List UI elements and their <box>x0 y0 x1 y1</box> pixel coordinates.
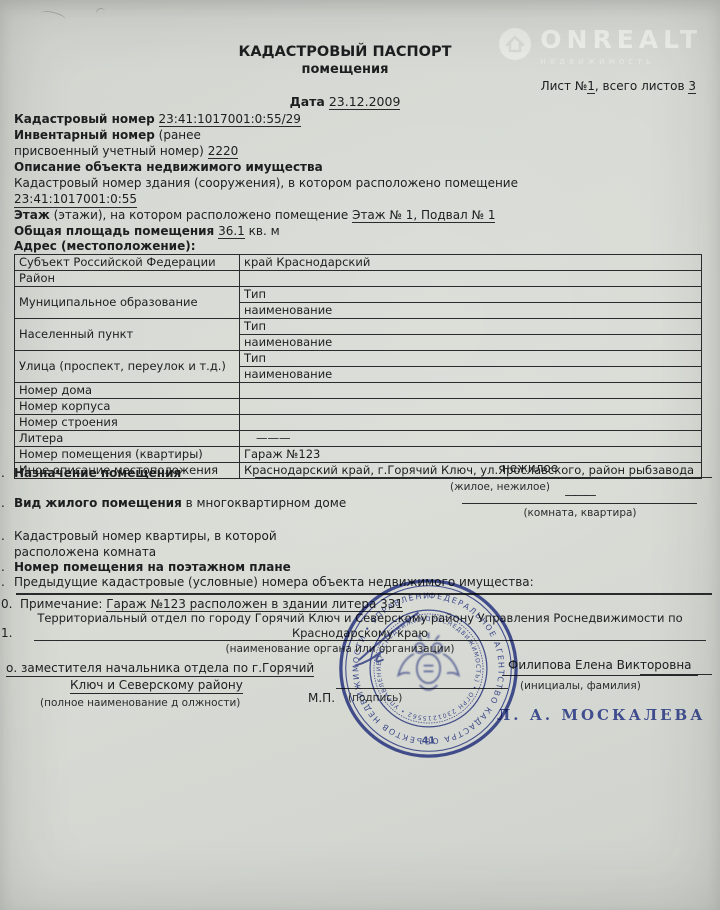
position-line1: о. заместителя начальника отдела по г.Го… <box>6 661 314 677</box>
row-value <box>240 399 702 415</box>
building-cadastral-number: 23:41:1017001:0:55 <box>14 192 137 208</box>
area-unit: кв. м <box>249 224 280 238</box>
item-number: 0. <box>1 597 12 611</box>
floor-label: Этаж <box>14 208 50 222</box>
area-label: Общая площадь помещения <box>14 224 214 238</box>
row-label: Субъект Российской Федерации <box>15 255 240 271</box>
signer-name-underline-ext <box>640 674 712 675</box>
sheet-number: 1 <box>587 79 595 94</box>
name-stamp: Л. А. МОСКАЛЕВА <box>497 706 705 724</box>
item-number: . <box>1 575 5 589</box>
dwelling-type-label-bold: Вид жилого помещения <box>14 496 182 510</box>
address-heading: Адрес (местоположение): <box>14 239 196 254</box>
area-line: Общая площадь помещения 36.1 кв. м <box>14 224 280 239</box>
table-row: Номер корпуса <box>15 399 702 415</box>
document-title: КАДАСТРОВЫЙ ПАСПОРТ <box>0 44 690 60</box>
apartment-line2: расположена комната <box>14 545 156 560</box>
cadastral-number-label: Кадастровый номер <box>14 112 155 126</box>
row-label: Номер корпуса <box>15 399 240 415</box>
row-subvalue-type: Тип <box>240 287 702 303</box>
official-round-stamp: ФЕДЕРАЛЬНОЕ АГЕНТСТВО КАДАСТРА ОБЪЕКТОВ … <box>336 576 521 761</box>
table-row: Улица (проспект, переулок и т.д.) Тип <box>15 351 702 367</box>
item-number: . <box>1 560 5 574</box>
description-heading: Описание объекта недвижимого имущества <box>14 160 323 175</box>
item-number: . <box>1 496 5 510</box>
floor-note: (этажи), на котором расположено помещени… <box>54 208 349 222</box>
row-value: край Краснодарский <box>240 255 702 271</box>
table-row: Субъект Российской Федерации край Красно… <box>15 255 702 271</box>
stamp-outer-ring <box>341 581 516 756</box>
table-row: Номер строения <box>15 415 702 431</box>
inventory-number-line2: присвоенный учетный номер) 2220 <box>14 144 238 159</box>
row-subvalue-type: Тип <box>240 319 702 335</box>
stamp-inner-ring <box>374 614 483 723</box>
row-subvalue-name: наименование <box>240 303 702 319</box>
row-label: Район <box>15 271 240 287</box>
position-line2: Ключ и Северскому району <box>70 678 243 694</box>
stamp-middle-ring <box>370 610 487 727</box>
floor-line: Этаж (этажи), на котором расположено пом… <box>14 208 495 223</box>
row-label: Улица (проспект, переулок и т.д.) <box>15 351 240 383</box>
apartment-line1: Кадастровый номер квартиры, в которой <box>14 529 277 544</box>
address-table: Субъект Российской Федерации край Красно… <box>14 254 702 479</box>
row-subvalue-name: наименование <box>240 335 702 351</box>
item-number: 1. <box>1 626 12 640</box>
row-label: Номер помещения (квартиры) <box>15 447 240 463</box>
row-value: ——— <box>240 431 702 447</box>
pencil-mark <box>39 9 66 24</box>
date-value: 23.12.2009 <box>329 94 401 110</box>
row-label: Литера <box>15 431 240 447</box>
row-subvalue-name: наименование <box>240 367 702 383</box>
scanned-cadastral-passport: ONREALT недвижимость КАДАСТРОВЫЙ ПАСПОРТ… <box>0 0 720 910</box>
table-row: Литера ——— <box>15 431 702 447</box>
inventory-note-1: (ранее <box>159 128 201 142</box>
row-label: Муниципальное образование <box>15 287 240 319</box>
area-value: 36.1 <box>218 224 245 239</box>
purpose-label: Назначение помещения <box>14 466 181 481</box>
note-label: Примечание: <box>20 597 102 611</box>
row-subvalue-type: Тип <box>240 351 702 367</box>
floor-value: Этаж № 1, Подвал № 1 <box>352 208 495 223</box>
sheet-info: Лист №1, всего листов 3 <box>541 79 696 94</box>
stamp-number: 41 <box>422 735 436 746</box>
table-row: Район <box>15 271 702 287</box>
table-row: Населенный пункт Тип <box>15 319 702 335</box>
sheet-middle: , всего листов <box>595 79 688 93</box>
table-row: Номер дома <box>15 383 702 399</box>
eagle-emblem <box>398 632 458 689</box>
mp-label: М.П. <box>308 691 335 706</box>
building-cadastral-line: Кадастровый номер здания (сооружения), в… <box>14 176 518 191</box>
dwelling-type-hint: (комната, квартира) <box>500 507 660 519</box>
sheet-total: 3 <box>688 79 696 94</box>
date-line: Дата 23.12.2009 <box>0 94 690 109</box>
position-hint: (полное наименование д олжности) <box>40 697 240 709</box>
pencil-mark <box>94 7 107 21</box>
cadastral-number-value: 23:41:1017001:0:55/29 <box>159 112 301 127</box>
dwelling-type-value: ——— <box>462 488 697 503</box>
item-number: . <box>1 529 5 543</box>
inventory-number-line: Инвентарный номер (ранее <box>14 128 201 143</box>
sheet-prefix: Лист № <box>541 79 588 93</box>
row-value <box>240 383 702 399</box>
inventory-note-2: присвоенный учетный номер) <box>14 144 204 158</box>
plan-number-label: Номер помещения на поэтажном плане <box>14 560 291 575</box>
date-label: Дата <box>290 94 325 109</box>
dwelling-type-underline <box>462 503 697 504</box>
row-label: Населенный пункт <box>15 319 240 351</box>
row-label: Номер строения <box>15 415 240 431</box>
item-number: . <box>1 466 5 480</box>
cadastral-number-line: Кадастровый номер 23:41:1017001:0:55/29 <box>14 112 301 127</box>
signer-name-hint: (инициалы, фамилия) <box>520 680 641 692</box>
inventory-number-label: Инвентарный номер <box>14 128 155 142</box>
dwelling-type-label: Вид жилого помещения в многоквартирном д… <box>14 496 346 511</box>
purpose-underline <box>255 477 712 478</box>
dwelling-type-suffix: в многоквартирном доме <box>182 496 346 510</box>
row-value <box>240 415 702 431</box>
document-subtitle: помещения <box>0 62 690 77</box>
row-value <box>240 271 702 287</box>
purpose-value: нежилое <box>440 461 620 476</box>
table-row: Муниципальное образование Тип <box>15 287 702 303</box>
row-label: Номер дома <box>15 383 240 399</box>
inventory-number-value: 2220 <box>208 144 239 159</box>
